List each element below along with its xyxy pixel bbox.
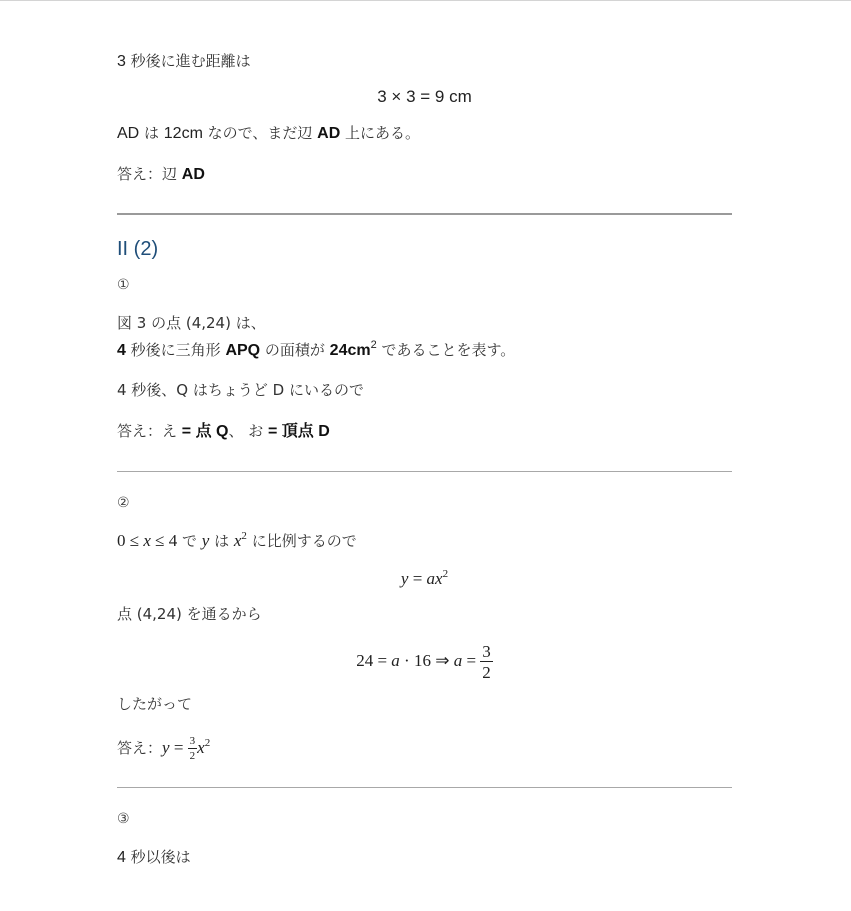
divider-1 xyxy=(117,471,732,472)
formula-y-ax2: y = ax2 xyxy=(117,569,732,589)
sub-marker-1: ① xyxy=(117,275,130,295)
sub-marker-2: ② xyxy=(117,493,130,513)
ad-length-statement: AD は 12cm なので、まだ辺 AD 上にある。 xyxy=(117,123,420,144)
divider-2 xyxy=(117,787,732,788)
proportional-statement: 0 ≤ x ≤ 4 で y は x2 に比例するので xyxy=(117,531,357,552)
after-4-seconds-text: 4 秒以後は xyxy=(117,847,191,868)
distance-intro: 3 秒後に進む距離は xyxy=(117,51,251,72)
solve-a-equation: 24 = a · 16 ⇒ a = 32 xyxy=(117,641,732,681)
fraction: 32 xyxy=(480,643,493,681)
answer-a: 答え：辺 AD xyxy=(117,164,205,185)
fraction: 32 xyxy=(188,736,198,762)
distance-equation: 3 × 3 = 9 cm xyxy=(117,87,732,107)
answer-2: 答え：y = 32x2 xyxy=(117,734,210,763)
area-statement: 4 秒後に三角形 APQ の面積が 24cm2 であることを表す。 xyxy=(117,340,515,361)
q-position-statement: 4 秒後、Q はちょうど D にいるので xyxy=(117,380,364,401)
section-heading: II (2) xyxy=(117,237,158,261)
sub-marker-3: ③ xyxy=(117,809,130,829)
figure-point-statement: 図 3 の点 (4,24) は、 xyxy=(117,313,266,334)
point-pass-statement: 点 (4,24) を通るから xyxy=(117,604,262,625)
section-divider xyxy=(117,213,732,215)
answer-1: 答え：え = 点 Q、 お = 頂点 D xyxy=(117,421,330,442)
therefore-text: したがって xyxy=(117,694,192,715)
